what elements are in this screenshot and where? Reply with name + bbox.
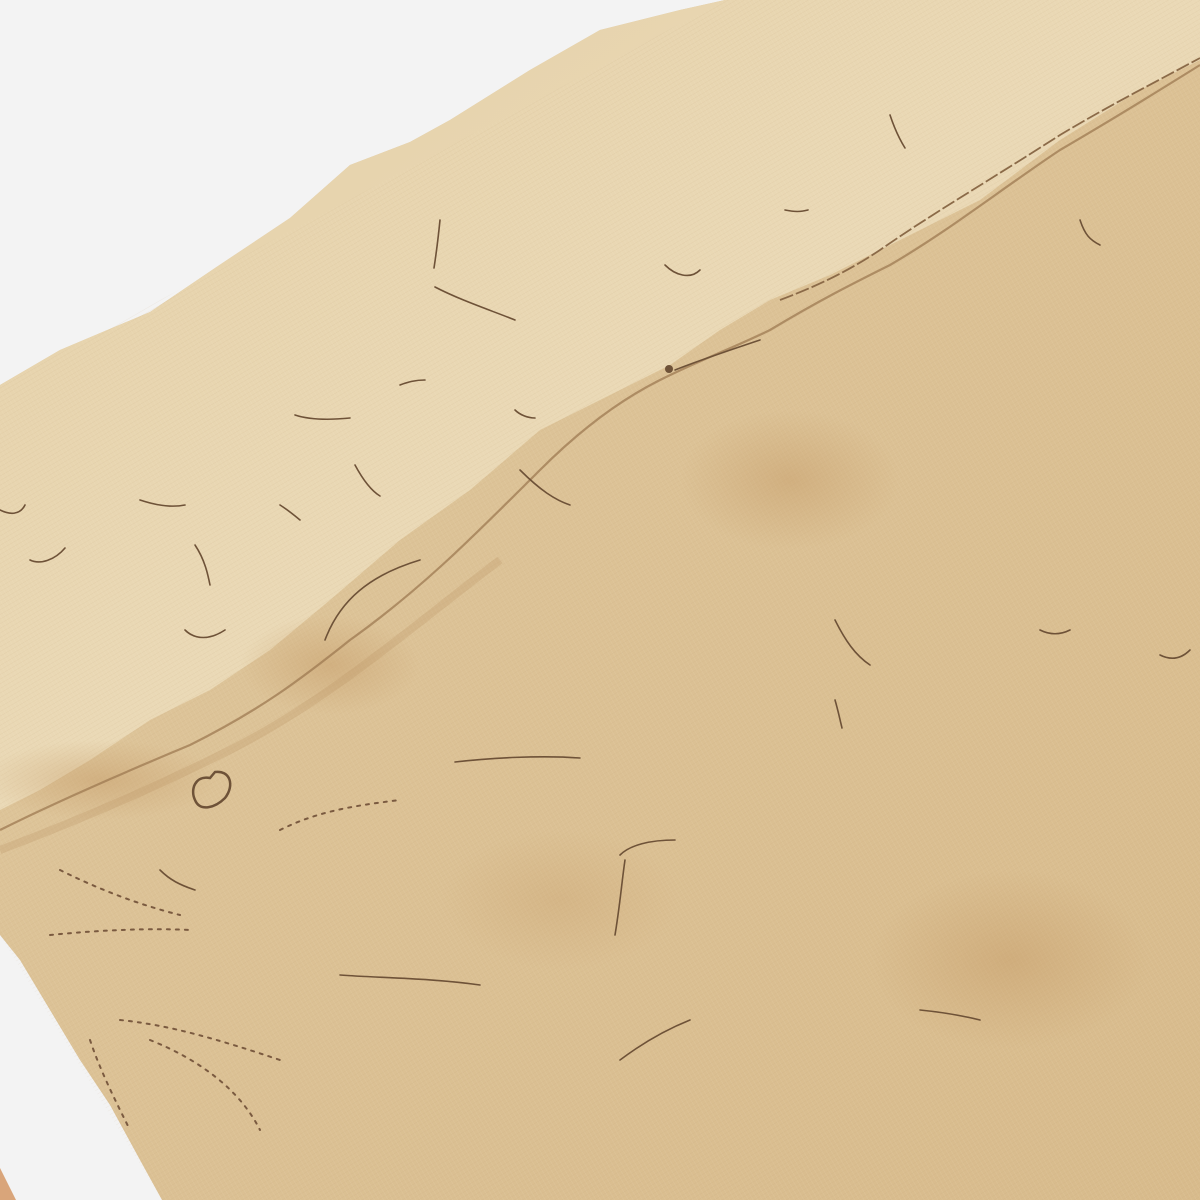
stain bbox=[870, 870, 1150, 1050]
stain bbox=[440, 830, 680, 970]
textile-photo bbox=[0, 0, 1200, 1200]
stain bbox=[680, 410, 900, 550]
textile-illustration bbox=[0, 0, 1200, 1200]
thread-knot-small bbox=[665, 365, 673, 373]
